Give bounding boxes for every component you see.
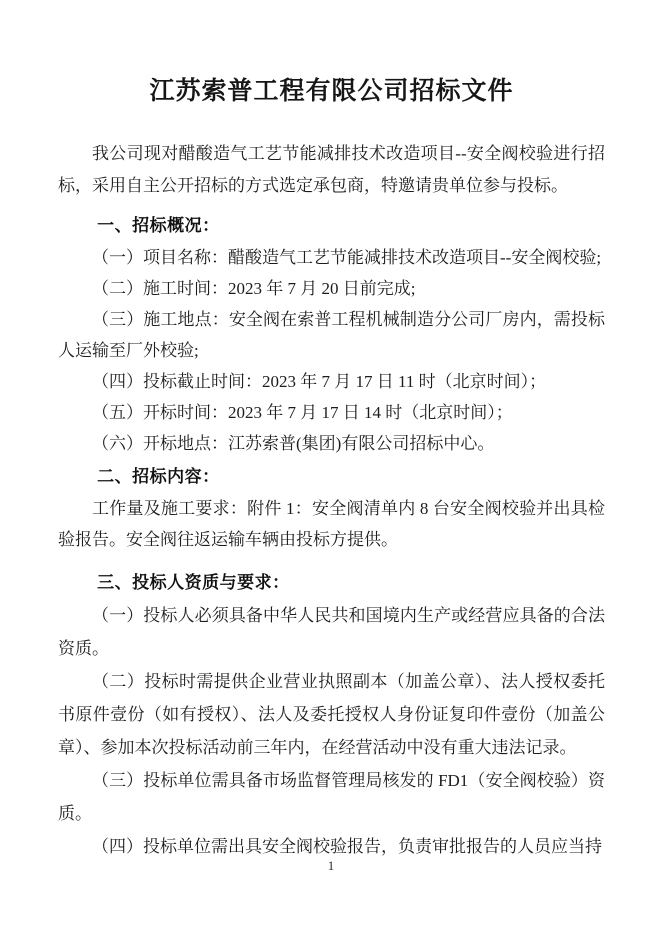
section-heading-tender-overview: 一、招标概况： bbox=[58, 210, 605, 242]
list-item-fd1-qualification: （三）投标单位需具备市场监督管理局核发的 FD1（安全阀校验）资质。 bbox=[58, 764, 605, 830]
section-heading-bidder-qualifications: 三、投标人资质与要求： bbox=[58, 567, 605, 599]
section-heading-tender-content: 二、招标内容： bbox=[58, 461, 605, 493]
page-number: 1 bbox=[0, 858, 662, 874]
document-page: 江苏索普工程有限公司招标文件 我公司现对醋酸造气工艺节能减排技术改造项目--安全… bbox=[0, 0, 662, 936]
list-item-bid-deadline: （四）投标截止时间：2023 年 7 月 17 日 11 时（北京时间）； bbox=[58, 366, 605, 397]
paragraph-workload-requirements: 工作量及施工要求：附件 1：安全阀清单内 8 台安全阀校验并出具检验报告。安全阀… bbox=[58, 493, 605, 555]
list-item-bid-opening-time: （五）开标时间：2023 年 7 月 17 日 14 时（北京时间）； bbox=[58, 397, 605, 428]
list-item-legal-qualification: （一）投标人必须具备中华人民共和国境内生产或经营应具备的合法资质。 bbox=[58, 599, 605, 665]
list-item-project-name: （一）项目名称：醋酸造气工艺节能减排技术改造项目--安全阀校验; bbox=[58, 242, 605, 273]
list-item-construction-time: （二）施工时间：2023 年 7 月 20 日前完成; bbox=[58, 273, 605, 304]
document-body: 江苏索普工程有限公司招标文件 我公司现对醋酸造气工艺节能减排技术改造项目--安全… bbox=[0, 0, 662, 863]
list-item-construction-site: （三）施工地点：安全阀在索普工程机械制造分公司厂房内，需投标人运输至厂外校验; bbox=[58, 304, 605, 366]
document-title: 江苏索普工程有限公司招标文件 bbox=[58, 74, 605, 110]
list-item-bid-opening-place: （六）开标地点：江苏索普(集团)有限公司招标中心。 bbox=[58, 428, 605, 459]
intro-paragraph: 我公司现对醋酸造气工艺节能减排技术改造项目--安全阀校验进行招标，采用自主公开招… bbox=[58, 138, 605, 202]
list-item-license-documents: （二）投标时需提供企业营业执照副本（加盖公章）、法人授权委托书原件壹份（如有授权… bbox=[58, 665, 605, 764]
